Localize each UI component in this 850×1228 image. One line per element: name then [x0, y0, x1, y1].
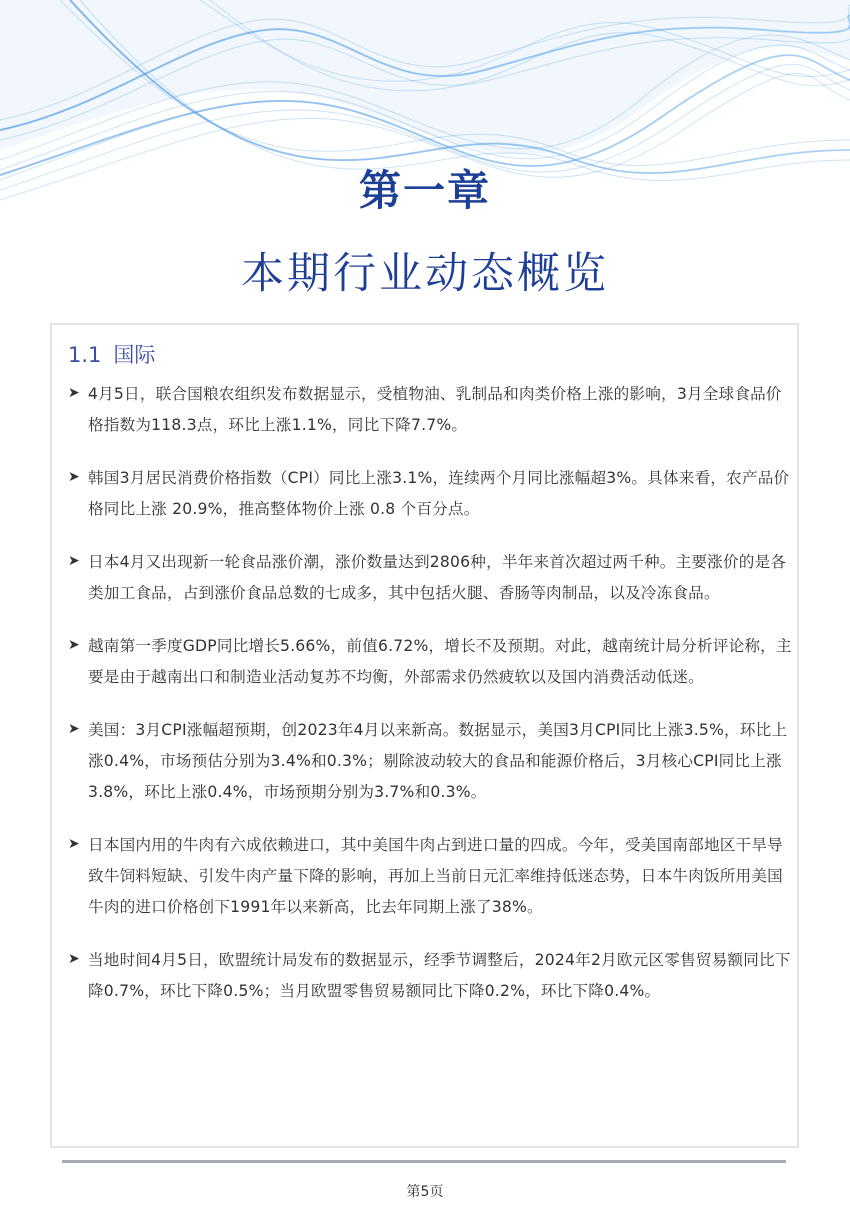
- list-item-text: 当地时间4月5日，欧盟统计局发布的数据显示，经季节调整后，2024年2月欧元区零…: [88, 945, 792, 1007]
- list-item-text: 越南第一季度GDP同比增长5.66%，前值6.72%，增长不及预期。对此，越南统…: [88, 631, 792, 693]
- list-item: ➤ 韩国3月居民消费价格指数（CPI）同比上涨3.1%，连续两个月同比涨幅超3%…: [66, 463, 792, 525]
- section-heading: 1.1国际: [68, 339, 155, 369]
- list-item: ➤ 4月5日，联合国粮农组织发布数据显示，受植物油、乳制品和肉类价格上涨的影响，…: [66, 379, 792, 441]
- arrowhead-bullet-icon: ➤: [68, 721, 80, 737]
- footer-divider: [62, 1160, 786, 1163]
- section-title: 国际: [113, 343, 155, 367]
- arrowhead-bullet-icon: ➤: [68, 469, 80, 485]
- list-item-text: 美国：3月CPI涨幅超预期，创2023年4月以来新高。数据显示，美国3月CPI同…: [88, 715, 792, 808]
- chapter-title: 本期行业动态概览: [0, 240, 850, 301]
- arrowhead-bullet-icon: ➤: [68, 385, 80, 401]
- list-item-text: 日本4月又出现新一轮食品涨价潮，涨价数量达到2806种，半年来首次超过两千种。主…: [88, 547, 792, 609]
- page-number: 第5页: [0, 1181, 850, 1201]
- chapter-number: 第一章: [0, 158, 850, 218]
- section-number: 1.1: [68, 343, 101, 367]
- list-item-text: 日本国内用的牛肉有六成依赖进口，其中美国牛肉占到进口量的四成。今年，受美国南部地…: [88, 830, 792, 923]
- list-item: ➤ 越南第一季度GDP同比增长5.66%，前值6.72%，增长不及预期。对此，越…: [66, 631, 792, 693]
- list-item: ➤ 美国：3月CPI涨幅超预期，创2023年4月以来新高。数据显示，美国3月CP…: [66, 715, 792, 808]
- list-item-text: 韩国3月居民消费价格指数（CPI）同比上涨3.1%，连续两个月同比涨幅超3%。具…: [88, 463, 792, 525]
- list-item: ➤ 当地时间4月5日，欧盟统计局发布的数据显示，经季节调整后，2024年2月欧元…: [66, 945, 792, 1007]
- list-item: ➤ 日本4月又出现新一轮食品涨价潮，涨价数量达到2806种，半年来首次超过两千种…: [66, 547, 792, 609]
- news-list: ➤ 4月5日，联合国粮农组织发布数据显示，受植物油、乳制品和肉类价格上涨的影响，…: [66, 379, 792, 1029]
- section-international-box: 1.1国际 ➤ 4月5日，联合国粮农组织发布数据显示，受植物油、乳制品和肉类价格…: [50, 323, 799, 1148]
- arrowhead-bullet-icon: ➤: [68, 951, 80, 967]
- list-item: ➤ 日本国内用的牛肉有六成依赖进口，其中美国牛肉占到进口量的四成。今年，受美国南…: [66, 830, 792, 923]
- arrowhead-bullet-icon: ➤: [68, 836, 80, 852]
- list-item-text: 4月5日，联合国粮农组织发布数据显示，受植物油、乳制品和肉类价格上涨的影响，3月…: [88, 379, 792, 441]
- arrowhead-bullet-icon: ➤: [68, 553, 80, 569]
- arrowhead-bullet-icon: ➤: [68, 637, 80, 653]
